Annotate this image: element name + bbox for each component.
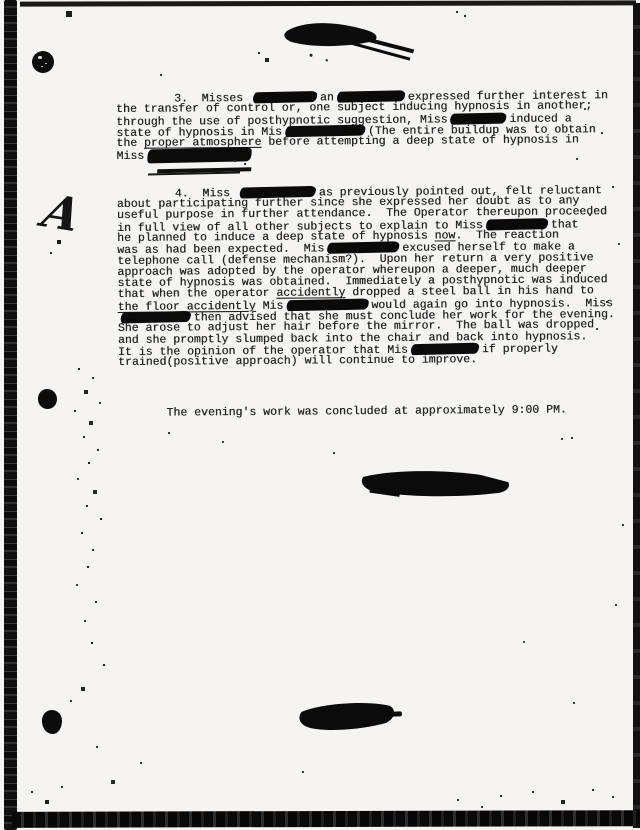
scan-edge-bottom — [12, 810, 640, 828]
text-run: trained(positive approach) will continue… — [118, 353, 477, 369]
redaction-scribble-middle — [359, 465, 512, 506]
redaction-bar — [284, 124, 365, 137]
redaction-bar — [327, 242, 400, 255]
redaction-bar — [120, 311, 191, 324]
paragraph-closing: The evening's work was concluded at appr… — [118, 404, 623, 419]
text-run: if properly — [482, 342, 558, 356]
document-text: 3. Misses anexpressed further interest i… — [116, 89, 624, 419]
paragraph-3: 3. Misses anexpressed further interest i… — [116, 89, 622, 161]
text-run: Miss — [116, 150, 144, 163]
text-run: now — [435, 229, 456, 242]
redaction-bar — [239, 186, 316, 199]
punch-hole-middle — [38, 389, 57, 409]
text-run: accidently — [276, 287, 345, 301]
text-run: The evening's work was concluded at appr… — [166, 403, 566, 419]
redaction-bar — [410, 343, 479, 356]
redaction-bar — [253, 91, 318, 103]
scan-noise — [0, 0, 2, 2]
handwritten-annotation: A — [38, 188, 86, 238]
scanned-page: A 3. Misses anexpressed further interest… — [0, 0, 640, 830]
redaction-scribble-bottom — [297, 698, 408, 734]
paragraph-4: 4. Miss as previously pointed out, felt … — [117, 184, 623, 369]
scan-edge-left — [4, 0, 17, 830]
text-run: the — [116, 137, 144, 150]
punch-hole-top — [32, 51, 54, 73]
redaction-bar — [485, 218, 548, 230]
scan-edge-top — [20, 0, 636, 6]
redaction-bar — [336, 90, 405, 103]
text-line: The evening's work was concluded at appr… — [118, 404, 623, 419]
redaction-bar — [147, 148, 252, 164]
scan-edge-right — [633, 3, 640, 828]
punch-hole-bottom — [42, 710, 62, 734]
redaction-bar — [286, 298, 369, 311]
redaction-bar — [450, 112, 507, 124]
redaction-scribble-top — [281, 15, 422, 71]
